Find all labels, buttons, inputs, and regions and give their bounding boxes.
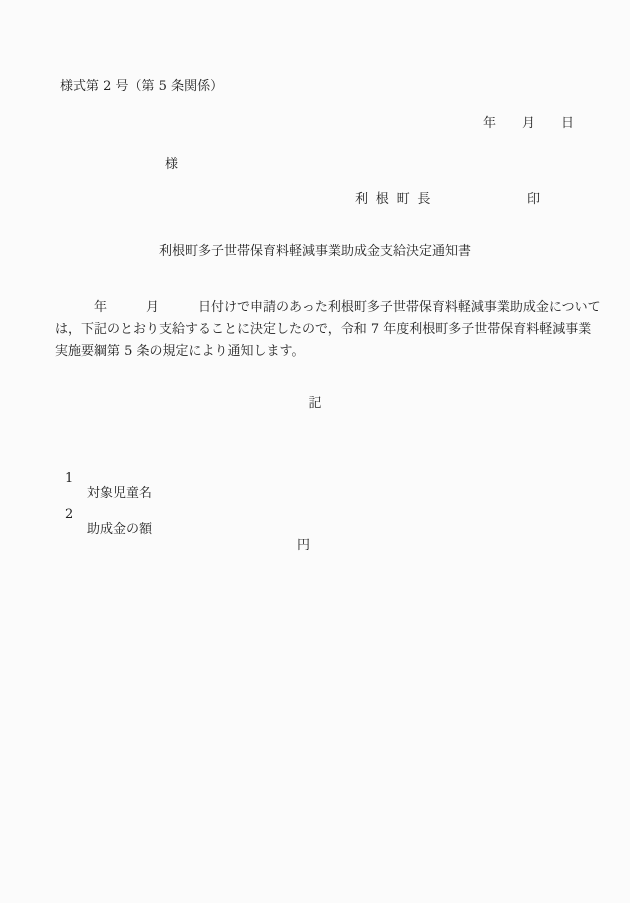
document-title: 利根町多子世帯保育料軽減事業助成金支給決定通知書 xyxy=(0,244,630,260)
list-item-grant-amount: 2 助成金の額 円 xyxy=(65,491,82,569)
item-number: 2 xyxy=(65,507,73,523)
document-page: 様式第 2 号（第 5 条関係） 年 月 日 様 利根町長 印 利根町多子世帯保… xyxy=(0,0,630,903)
record-marker: 記 xyxy=(0,396,630,412)
body-paragraph-line-2: は，下記のとおり支給することに決定したので，令和 7 年度利根町多子世帯保育料軽… xyxy=(55,322,585,338)
sender-title: 利根町長 xyxy=(355,192,438,208)
seal-mark: 印 xyxy=(527,192,540,208)
form-number: 様式第 2 号（第 5 条関係） xyxy=(60,79,223,95)
body-paragraph-line-3: 実施要綱第 5 条の規定により通知します。 xyxy=(55,344,585,360)
addressee-honorific: 様 xyxy=(165,157,178,173)
item-label: 助成金の額 xyxy=(87,522,152,538)
item-unit: 円 xyxy=(297,538,310,554)
date-line: 年 月 日 xyxy=(483,116,574,132)
item-label: 対象児童名 xyxy=(87,486,152,502)
item-number: 1 xyxy=(65,471,73,487)
body-paragraph-line-1: 年 月 日付けで申請のあった利根町多子世帯保育料軽減事業助成金について xyxy=(55,300,585,316)
